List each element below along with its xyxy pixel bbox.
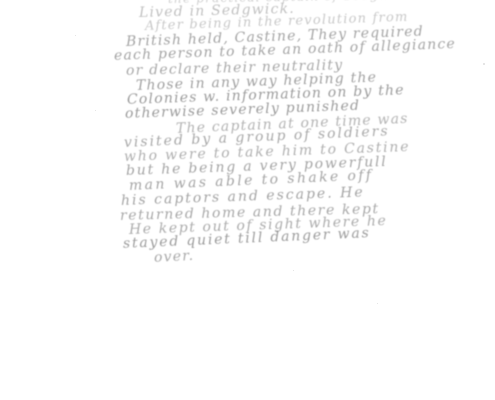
- scan-speck: [75, 35, 76, 36]
- scan-speck: [293, 270, 294, 271]
- manuscript-page: the practical captain of Sedgwick Lived …: [0, 0, 495, 400]
- handwritten-line: over.: [154, 249, 195, 265]
- scan-speck: [377, 303, 378, 304]
- scan-speck: [483, 63, 485, 65]
- scan-speck: [95, 110, 96, 111]
